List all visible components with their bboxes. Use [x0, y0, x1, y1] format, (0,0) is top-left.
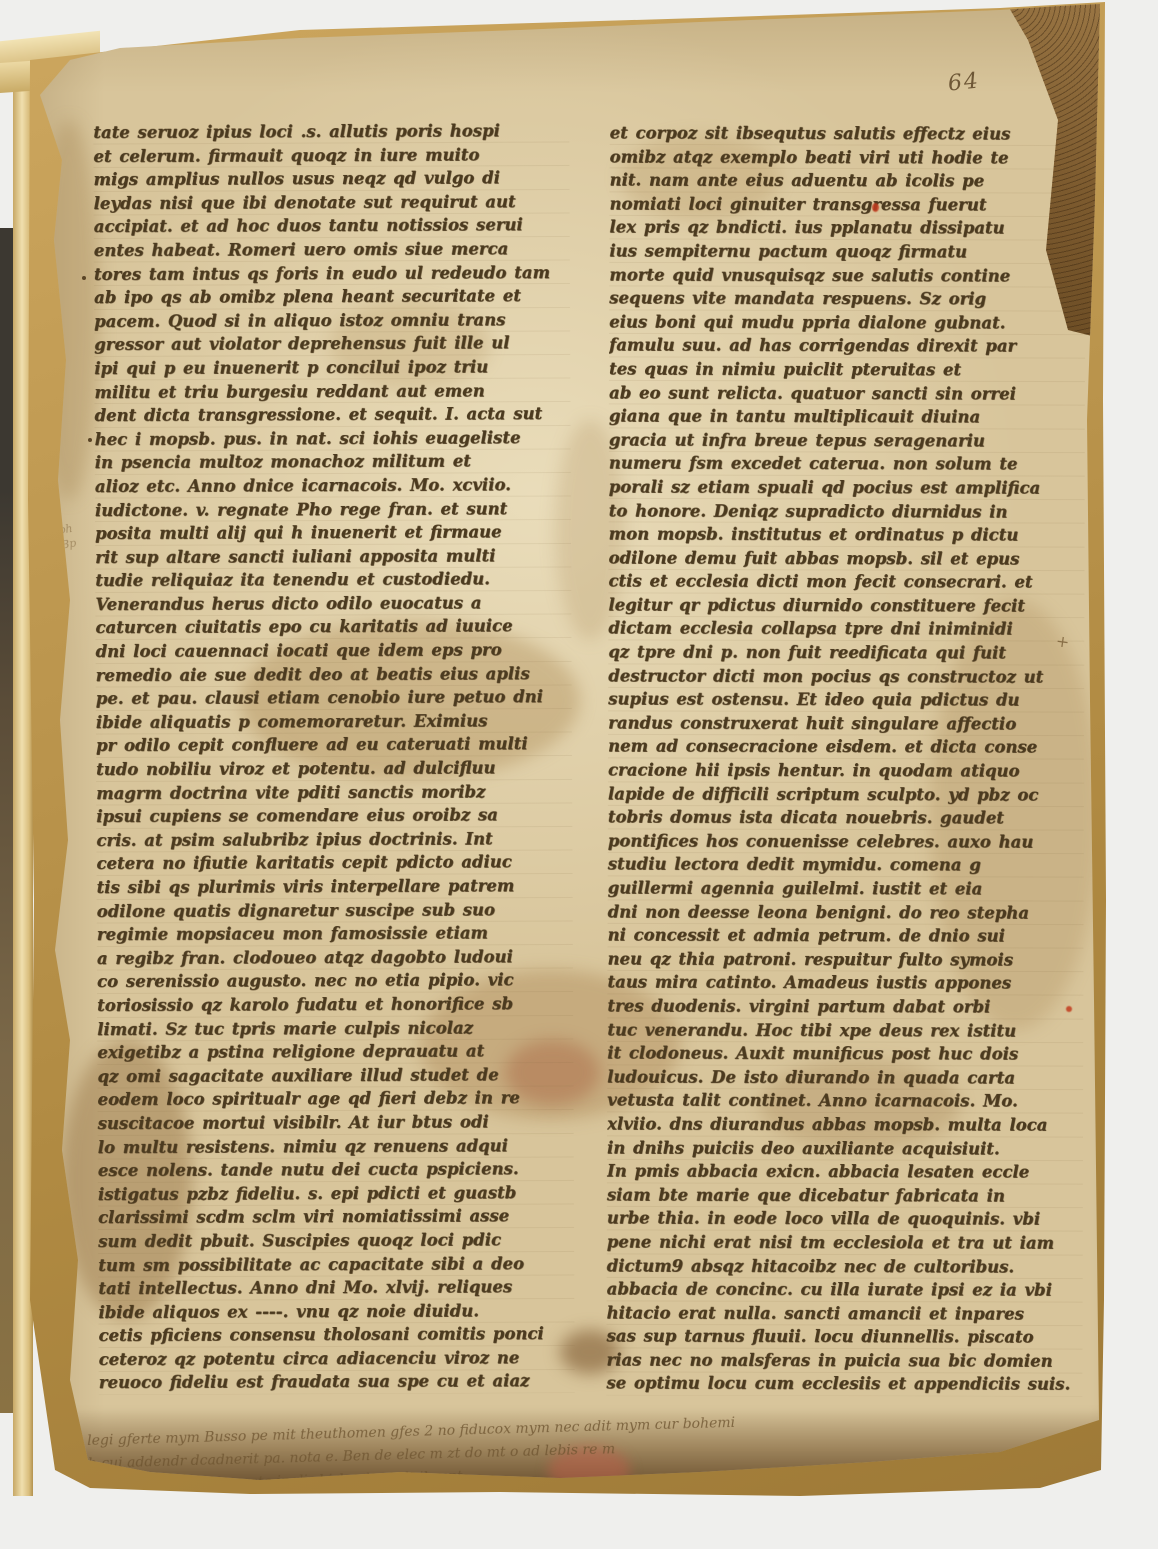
manuscript-text-line: famulu suu. ad has corrigendas direxit p… [609, 334, 1085, 359]
manuscript-text-line: in dnihs puiciis deo auxiliante acquisiu… [607, 1136, 1083, 1161]
manuscript-text-line: randus construxerat huit singulare affec… [608, 711, 1084, 736]
manuscript-text-line: cracione hii ipsis hentur. in quodam ati… [608, 758, 1084, 783]
manuscript-text-line: hec i mopsb. pus. in nat. sci iohis euag… [95, 426, 571, 452]
manuscript-text-line: ab eo sunt relicta. quatuor sancti sin o… [609, 381, 1085, 406]
manuscript-text-line: toriosissio qz karolo fudatu et honorifi… [97, 992, 573, 1018]
manuscript-text-line: to honore. Deniqz supradicto diurnidus i… [609, 499, 1085, 524]
manuscript-text-line: ab ipo qs ab omibz plena heant securitat… [94, 284, 570, 310]
manuscript-text-line: regimie mopsiaceu mon famosissie etiam [97, 921, 573, 947]
manuscript-text-line: urbe thia. in eode loco villa de quoquin… [607, 1207, 1083, 1232]
manuscript-text-line: pe. et pau. clausi etiam cenobio iure pe… [96, 685, 572, 711]
manuscript-text-line: gracia ut infra breue tepus seragenariu [609, 428, 1085, 453]
manuscript-text-line: iudictone. v. regnate Pho rege fran. et … [95, 496, 571, 522]
manuscript-text-line: legitur qr pdictus diurnido constituere … [608, 593, 1084, 618]
manuscript-text-line: dent dicta transgressione. et sequit. I.… [94, 402, 570, 428]
manuscript-text-line: et celerum. firmauit quoqz in iure muito [93, 143, 569, 169]
manuscript-text-line: et corpoz sit ibsequtus salutis effectz … [610, 121, 1086, 146]
manuscript-text-line: ctis et ecclesia dicti mon fecit consecr… [608, 570, 1084, 595]
manuscript-text-line: in psencia multoz monachoz militum et [95, 449, 571, 475]
manuscript-page: 64 tate seruoz ipius loci .s. allutis po… [0, 0, 1158, 1549]
manuscript-text-line: pontifices hos conuenisse celebres. auxo… [608, 829, 1084, 854]
manuscript-text-line: lapide de difficili scriptum sculpto. yd… [608, 782, 1084, 807]
manuscript-text-line: pene nichi erat nisi tm ecclesiola et tr… [607, 1230, 1083, 1255]
manuscript-text-line: tores tam intus qs foris in eudo ul rede… [94, 261, 570, 287]
manuscript-text-line: giana que in tantu multiplicauit diuina [609, 405, 1085, 430]
manuscript-text-line: In pmis abbacia exicn. abbacia lesaten e… [607, 1160, 1083, 1185]
manuscript-text-line: eodem loco spiritualr age qd fieri debz … [97, 1086, 573, 1112]
manuscript-text-line: ludouicus. De isto diurando in quada car… [607, 1065, 1083, 1090]
manuscript-text-line: vetusta talit continet. Anno icarnacois.… [607, 1089, 1083, 1114]
manuscript-text-line: odilone quatis dignaretur suscipe sub su… [97, 898, 573, 924]
manuscript-text-line: suscitacoe mortui visibilr. At iur btus … [98, 1110, 574, 1136]
manuscript-text-line: nomiati loci ginuiter transgressa fuerut [609, 192, 1085, 217]
manuscript-text-line: nem ad consecracione eisdem. et dicta co… [608, 735, 1084, 760]
manuscript-text-line: gressor aut violator deprehensus fuit il… [94, 331, 570, 357]
manuscript-text-line: mon mopsb. institutus et ordinatus p dic… [609, 522, 1085, 547]
manuscript-text-line: ius sempiternu pactum quoqz firmatu [609, 239, 1085, 264]
manuscript-text-line: lex pris qz bndicti. ius pplanatu dissip… [609, 216, 1085, 241]
manuscript-text-line: pacem. Quod si in aliquo istoz omniu tra… [94, 308, 570, 334]
manuscript-text-line: alioz etc. Anno dnice icarnacois. Mo. xc… [95, 473, 571, 499]
red-pigment-dot [1066, 1006, 1072, 1012]
manuscript-text-line: tati intellectus. Anno dni Mo. xlvij. re… [98, 1275, 574, 1301]
manuscript-text-line: ipsui cupiens se comendare eius oroibz s… [96, 803, 572, 829]
manuscript-text-line: eius boni qui mudu ppria dialone gubnat. [609, 310, 1085, 335]
manuscript-text-line: dni loci cauennaci iocati que idem eps p… [95, 638, 571, 664]
manuscript-text-line: tudo nobiliu viroz et potentu. ad dulcif… [96, 756, 572, 782]
manuscript-text-line: dictum9 absqz hitacoibz nec de cultoribu… [607, 1254, 1083, 1279]
manuscript-text-line: sum dedit pbuit. Suscipies quoqz loci pd… [98, 1228, 574, 1254]
manuscript-text-line: clarissimi scdm sclm viri nomiatissimi a… [98, 1204, 574, 1230]
manuscript-text-line: tate seruoz ipius loci .s. allutis poris… [93, 119, 569, 145]
manuscript-text-line: porali sz etiam spuali qd pocius est amp… [609, 475, 1085, 500]
red-pigment-dot [872, 203, 879, 212]
manuscript-text-line: exigetibz a pstina religione deprauatu a… [97, 1039, 573, 1065]
ink-speck [88, 438, 92, 442]
manuscript-text-line: tum sm possibilitate ac capacitate sibi … [98, 1251, 574, 1277]
text-column-right: et corpoz sit ibsequtus salutis effectz … [606, 121, 1085, 1396]
right-margin-cross-mark: + [1055, 631, 1071, 652]
manuscript-text-line: istigatus pzbz fideliu. s. epi pdicti et… [98, 1181, 574, 1207]
manuscript-text-line: taus mira catinto. Amadeus iustis appone… [607, 971, 1083, 996]
manuscript-text-line: ibide aliquos ex ----. vnu qz noie diuid… [98, 1299, 574, 1325]
manuscript-text-line: hitacio erat nulla. sancti amancii et in… [607, 1301, 1083, 1326]
manuscript-text-line: ibide aliquatis p comemoraretur. Eximius [96, 709, 572, 735]
manuscript-text-line: lo multu resistens. nimiu qz renuens adq… [98, 1133, 574, 1159]
manuscript-text-line: limati. Sz tuc tpris marie culpis nicola… [97, 1016, 573, 1042]
manuscript-text-line: cetis pficiens consensu tholosani comiti… [98, 1322, 574, 1348]
manuscript-text-line: ceteroz qz potentu circa adiacenciu viro… [99, 1346, 575, 1372]
manuscript-text-line: co serenissio augusto. nec no etia pipio… [97, 968, 573, 994]
manuscript-text-line: accipiat. et ad hoc duos tantu notissios… [94, 213, 570, 239]
manuscript-text-line: xlviio. dns diurandus abbas mopsb. multa… [607, 1112, 1083, 1137]
manuscript-text-line: tuc venerandu. Hoc tibi xpe deus rex ist… [607, 1018, 1083, 1043]
folio-number: 64 [947, 68, 981, 96]
manuscript-text-line: militu et triu burgesiu reddant aut emen [94, 378, 570, 404]
manuscript-text-line: tobris domus ista dicata nouebris. gaude… [608, 806, 1084, 831]
text-column-left: tate seruoz ipius loci .s. allutis poris… [93, 119, 575, 1395]
manuscript-text-line: sas sup tarnus fluuii. locu diunnellis. … [606, 1325, 1082, 1350]
manuscript-text-line: magrm doctrina vite pditi sanctis moribz [96, 780, 572, 806]
manuscript-text-line: supius est ostensu. Et ideo quia pdictus… [608, 688, 1084, 713]
manuscript-text-line: tis sibi qs plurimis viris interpellare … [97, 874, 573, 900]
red-pigment-dot [1134, 1118, 1139, 1123]
manuscript-text-line: reuoco fideliu est fraudata sua spe cu e… [99, 1369, 575, 1395]
binding-shadow-strip [0, 228, 14, 1413]
manuscript-text-line: qz omi sagacitate auxiliare illud studet… [97, 1063, 573, 1089]
manuscript-text-line: it clodoneus. Auxit munificus post huc d… [607, 1042, 1083, 1067]
manuscript-text-line: sequens vite mandata respuens. Sz orig [609, 287, 1085, 312]
manuscript-text-line: Venerandus herus dicto odilo euocatus a [95, 591, 571, 617]
manuscript-text-line: rit sup altare sancti iuliani apposita m… [95, 544, 571, 570]
manuscript-text-line: cris. at psim salubribz ipius doctrinis.… [96, 827, 572, 853]
manuscript-text-line: tres duodenis. virgini partum dabat orbi [607, 994, 1083, 1019]
manuscript-text-line: tudie reliquiaz ita tenendu et custodied… [95, 567, 571, 593]
scan-background: 64 tate seruoz ipius loci .s. allutis po… [0, 0, 1158, 1549]
manuscript-text-line: ipi qui p eu inuenerit p concilui ipoz t… [94, 355, 570, 381]
manuscript-text-line: dictam ecclesia collapsa tpre dni inimin… [608, 617, 1084, 642]
manuscript-text-line: rias nec no malsferas in puicia sua bic … [606, 1348, 1082, 1373]
manuscript-text-line: studiu lectora dedit mymidu. comena g [608, 853, 1084, 878]
ink-speck [82, 276, 86, 280]
manuscript-text-line: siam bte marie que dicebatur fabricata i… [607, 1183, 1083, 1208]
manuscript-text-line: odilone demu fuit abbas mopsb. sil et ep… [608, 546, 1084, 571]
manuscript-text-line: qz tpre dni p. non fuit reedificata qui … [608, 640, 1084, 665]
manuscript-text-line: remedio aie sue dedit deo at beatis eius… [96, 662, 572, 688]
manuscript-text-line: numeru fsm excedet caterua. non solum te [609, 452, 1085, 477]
manuscript-text-line: destructor dicti mon pocius qs construct… [608, 664, 1084, 689]
manuscript-text-line: omibz atqz exemplo beati viri uti hodie … [610, 145, 1086, 170]
manuscript-text-line: migs amplius nullos usus neqz qd vulgo d… [93, 166, 569, 192]
manuscript-text-line: caturcen ciuitatis epo cu karitatis ad i… [95, 614, 571, 640]
manuscript-text-line: tes quas in nimiu puiclit pteruitas et [609, 357, 1085, 382]
manuscript-text-line: esce nolens. tande nutu dei cucta pspici… [98, 1157, 574, 1183]
manuscript-text-line: pr odilo cepit confluere ad eu cateruati… [96, 732, 572, 758]
manuscript-text-line: cetera no ifiutie karitatis cepit pdicto… [96, 850, 572, 876]
manuscript-text-line: guillermi agennia guilelmi. iustit et ei… [608, 876, 1084, 901]
manuscript-text-line: posita multi alij qui h inuenerit et fir… [95, 520, 571, 546]
manuscript-text-line: leydas nisi que ibi denotate sut requiru… [94, 190, 570, 216]
manuscript-text-line: morte quid vnusquisqz sue salutis contin… [609, 263, 1085, 288]
manuscript-text-line: a regibz fran. clodoueo atqz dagobto lud… [97, 945, 573, 971]
manuscript-text-line: ni concessit et admia petrum. de dnio su… [608, 924, 1084, 949]
manuscript-text-line: entes habeat. Romeri uero omis siue merc… [94, 237, 570, 263]
manuscript-text-line: neu qz thia patroni. respuitur fulto sym… [607, 947, 1083, 972]
manuscript-text-line: se optimu locu cum ecclesiis et appendic… [606, 1372, 1082, 1397]
manuscript-text-line: dni non deesse leona benigni. do reo ste… [608, 900, 1084, 925]
manuscript-text-line: abbacia de concinc. cu illa iurate ipsi … [607, 1277, 1083, 1302]
manuscript-text-line: nit. nam ante eius aduentu ab icolis pe [609, 169, 1085, 194]
